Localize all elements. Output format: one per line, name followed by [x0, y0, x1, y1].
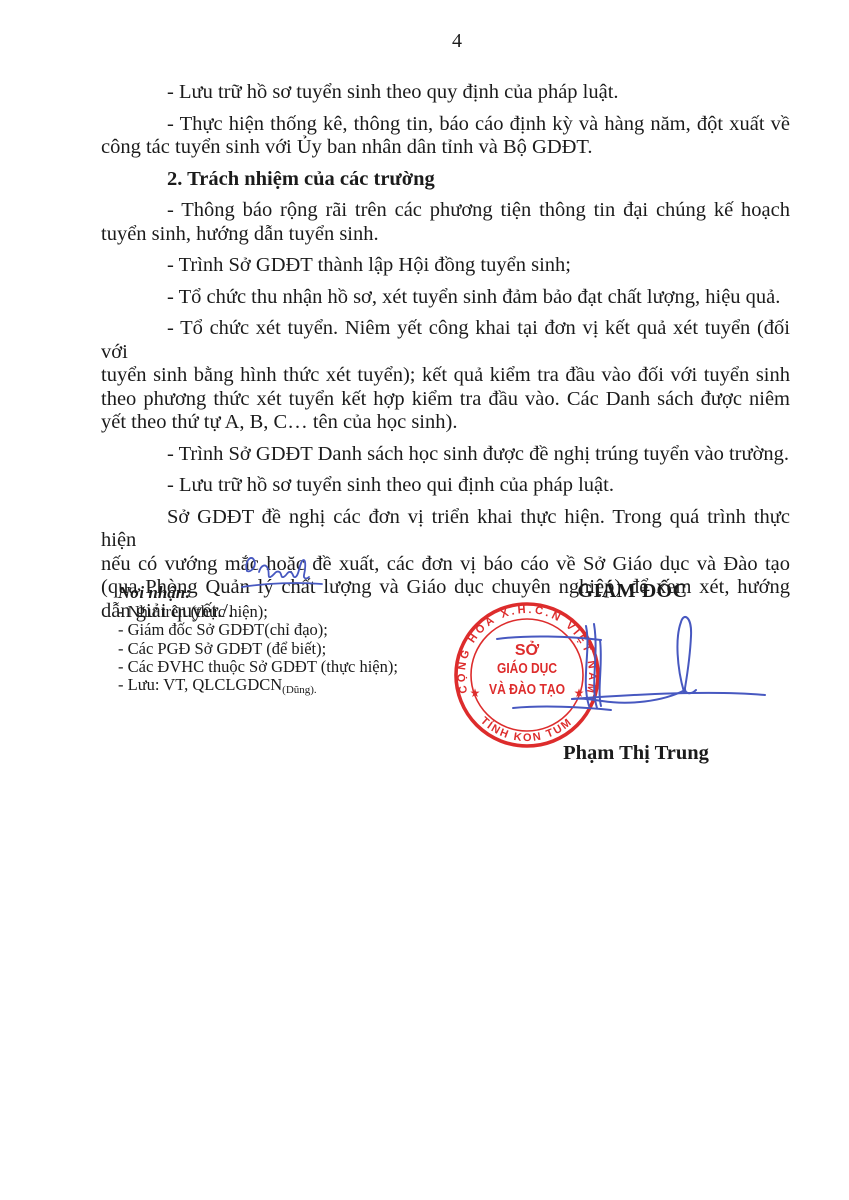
text-line: - Lưu trữ hồ sơ tuyển sinh theo quy định…	[101, 81, 790, 105]
text-line: công tác tuyển sinh với Ủy ban nhân dân …	[101, 136, 790, 160]
recipient-item: - Như trên (thực hiện);	[118, 603, 458, 621]
text-line: - Tổ chức thu nhận hồ sơ, xét tuyển sinh…	[101, 286, 790, 310]
signer-name: Phạm Thị Trung	[528, 742, 744, 765]
initials-scribble	[259, 560, 309, 578]
paragraph: - Trình Sở GDĐT thành lập Hội đồng tuyển…	[101, 254, 790, 278]
text-line: theo phương thức xét tuyển kết hợp kiểm …	[101, 388, 790, 412]
text-line: - Tổ chức xét tuyển. Niêm yết công khai …	[101, 317, 790, 364]
paragraph: - Lưu trữ hồ sơ tuyển sinh theo qui định…	[101, 474, 790, 498]
text-line: nếu có vướng mắc hoặc đề xuất, các đơn v…	[101, 553, 790, 577]
paragraph: - Tổ chức xét tuyển. Niêm yết công khai …	[101, 317, 790, 435]
paragraph: - Thực hiện thống kê, thông tin, báo cáo…	[101, 113, 790, 160]
official-seal: CỘNG HÒA X.H.C.N VIỆT NAM TỈNH KON TUM S…	[455, 604, 598, 746]
text-line: tuyển sinh bằng hình thức xét tuyển); kế…	[101, 364, 790, 388]
seal-star-left-icon: ★	[470, 686, 481, 700]
recipient-item: - Giám đốc Sở GDĐT(chỉ đạo);	[118, 621, 458, 639]
initials-scribble	[246, 558, 255, 571]
paragraph: - Tổ chức thu nhận hồ sơ, xét tuyển sinh…	[101, 286, 790, 310]
text-line: Sở GDĐT đề nghị các đơn vị triển khai th…	[101, 506, 790, 553]
text-line: - Trình Sở GDĐT Danh sách học sinh được …	[101, 443, 790, 467]
text-line: yết theo thứ tự A, B, C… tên của học sin…	[101, 411, 790, 435]
section-heading: 2. Trách nhiệm của các trường	[101, 168, 790, 192]
recipients-block: Nơi nhận: - Như trên (thực hiện); - Giám…	[118, 583, 458, 699]
recipient-item-text: - Lưu: VT, QLCLGDCN	[118, 675, 282, 694]
recipient-item: - Các ĐVHC thuộc Sở GDĐT (thực hiện);	[118, 658, 458, 676]
seal-center-line2: GIÁO DỤC	[497, 660, 557, 677]
text-line: tuyển sinh, hướng dẫn tuyển sinh.	[101, 223, 790, 247]
seal-center-line1: SỞ	[515, 640, 540, 659]
document-page: 4 - Lưu trữ hồ sơ tuyển sinh theo quy đị…	[0, 0, 849, 1200]
text-line: - Thực hiện thống kê, thông tin, báo cáo…	[101, 113, 790, 137]
paragraph: - Lưu trữ hồ sơ tuyển sinh theo quy định…	[101, 81, 790, 105]
text-line: - Lưu trữ hồ sơ tuyển sinh theo qui định…	[101, 474, 790, 498]
page-number: 4	[380, 30, 534, 53]
text-line: - Trình Sở GDĐT thành lập Hội đồng tuyển…	[101, 254, 790, 278]
paragraph: - Thông báo rộng rãi trên các phương tiệ…	[101, 199, 790, 246]
document-body: - Lưu trữ hồ sơ tuyển sinh theo quy định…	[101, 81, 790, 631]
recipient-item: - Các PGĐ Sở GDĐT (để biết);	[118, 640, 458, 658]
signature-stroke	[677, 617, 696, 693]
seal-center-line3: VÀ ĐÀO TẠO	[489, 681, 565, 698]
recipient-item-note: (Dũng).	[282, 684, 317, 696]
text-line: - Thông báo rộng rãi trên các phương tiệ…	[101, 199, 790, 223]
paragraph: - Trình Sở GDĐT Danh sách học sinh được …	[101, 443, 790, 467]
text-line: 2. Trách nhiệm của các trường	[101, 168, 790, 192]
recipient-item: - Lưu: VT, QLCLGDCN(Dũng).	[118, 676, 458, 699]
recipients-title: Nơi nhận:	[118, 583, 458, 603]
